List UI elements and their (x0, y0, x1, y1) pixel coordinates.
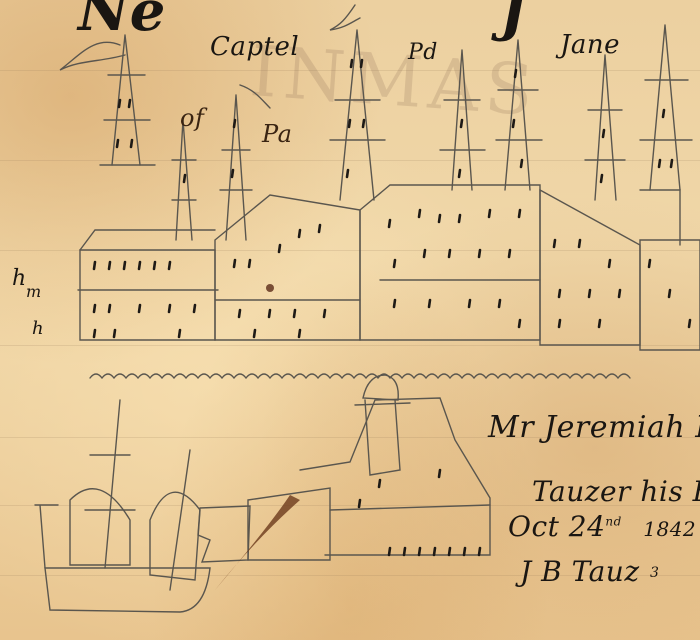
date-ordinal: nd (605, 515, 621, 529)
date-month-day: Oct 24 (508, 510, 605, 543)
inscription-date: Oct 24nd 1842 (508, 510, 696, 543)
date-year: 1842 (643, 517, 696, 541)
captain-label: Captel (210, 32, 299, 62)
abbreviation-mid: Pd (408, 40, 438, 65)
inscription-line-2: Tauzer his Bo (532, 475, 700, 508)
margin-note: m (26, 282, 42, 301)
name-right: Jane (560, 30, 620, 60)
inscription-line-1: Mr Jeremiah B (488, 410, 700, 445)
title-flourish-left: Ne (78, 0, 166, 44)
of-label: of (180, 104, 204, 132)
margin-note: h (12, 266, 27, 291)
manuscript-page: INMAS (0, 0, 700, 640)
title-flourish-right: J (500, 0, 527, 44)
pencil-drawing (0, 0, 700, 640)
signature: J B Tauz (520, 555, 640, 588)
signature-suffix: 3 (650, 565, 659, 581)
margin-note: h (32, 318, 44, 339)
place-abbr: Pa (262, 120, 292, 148)
